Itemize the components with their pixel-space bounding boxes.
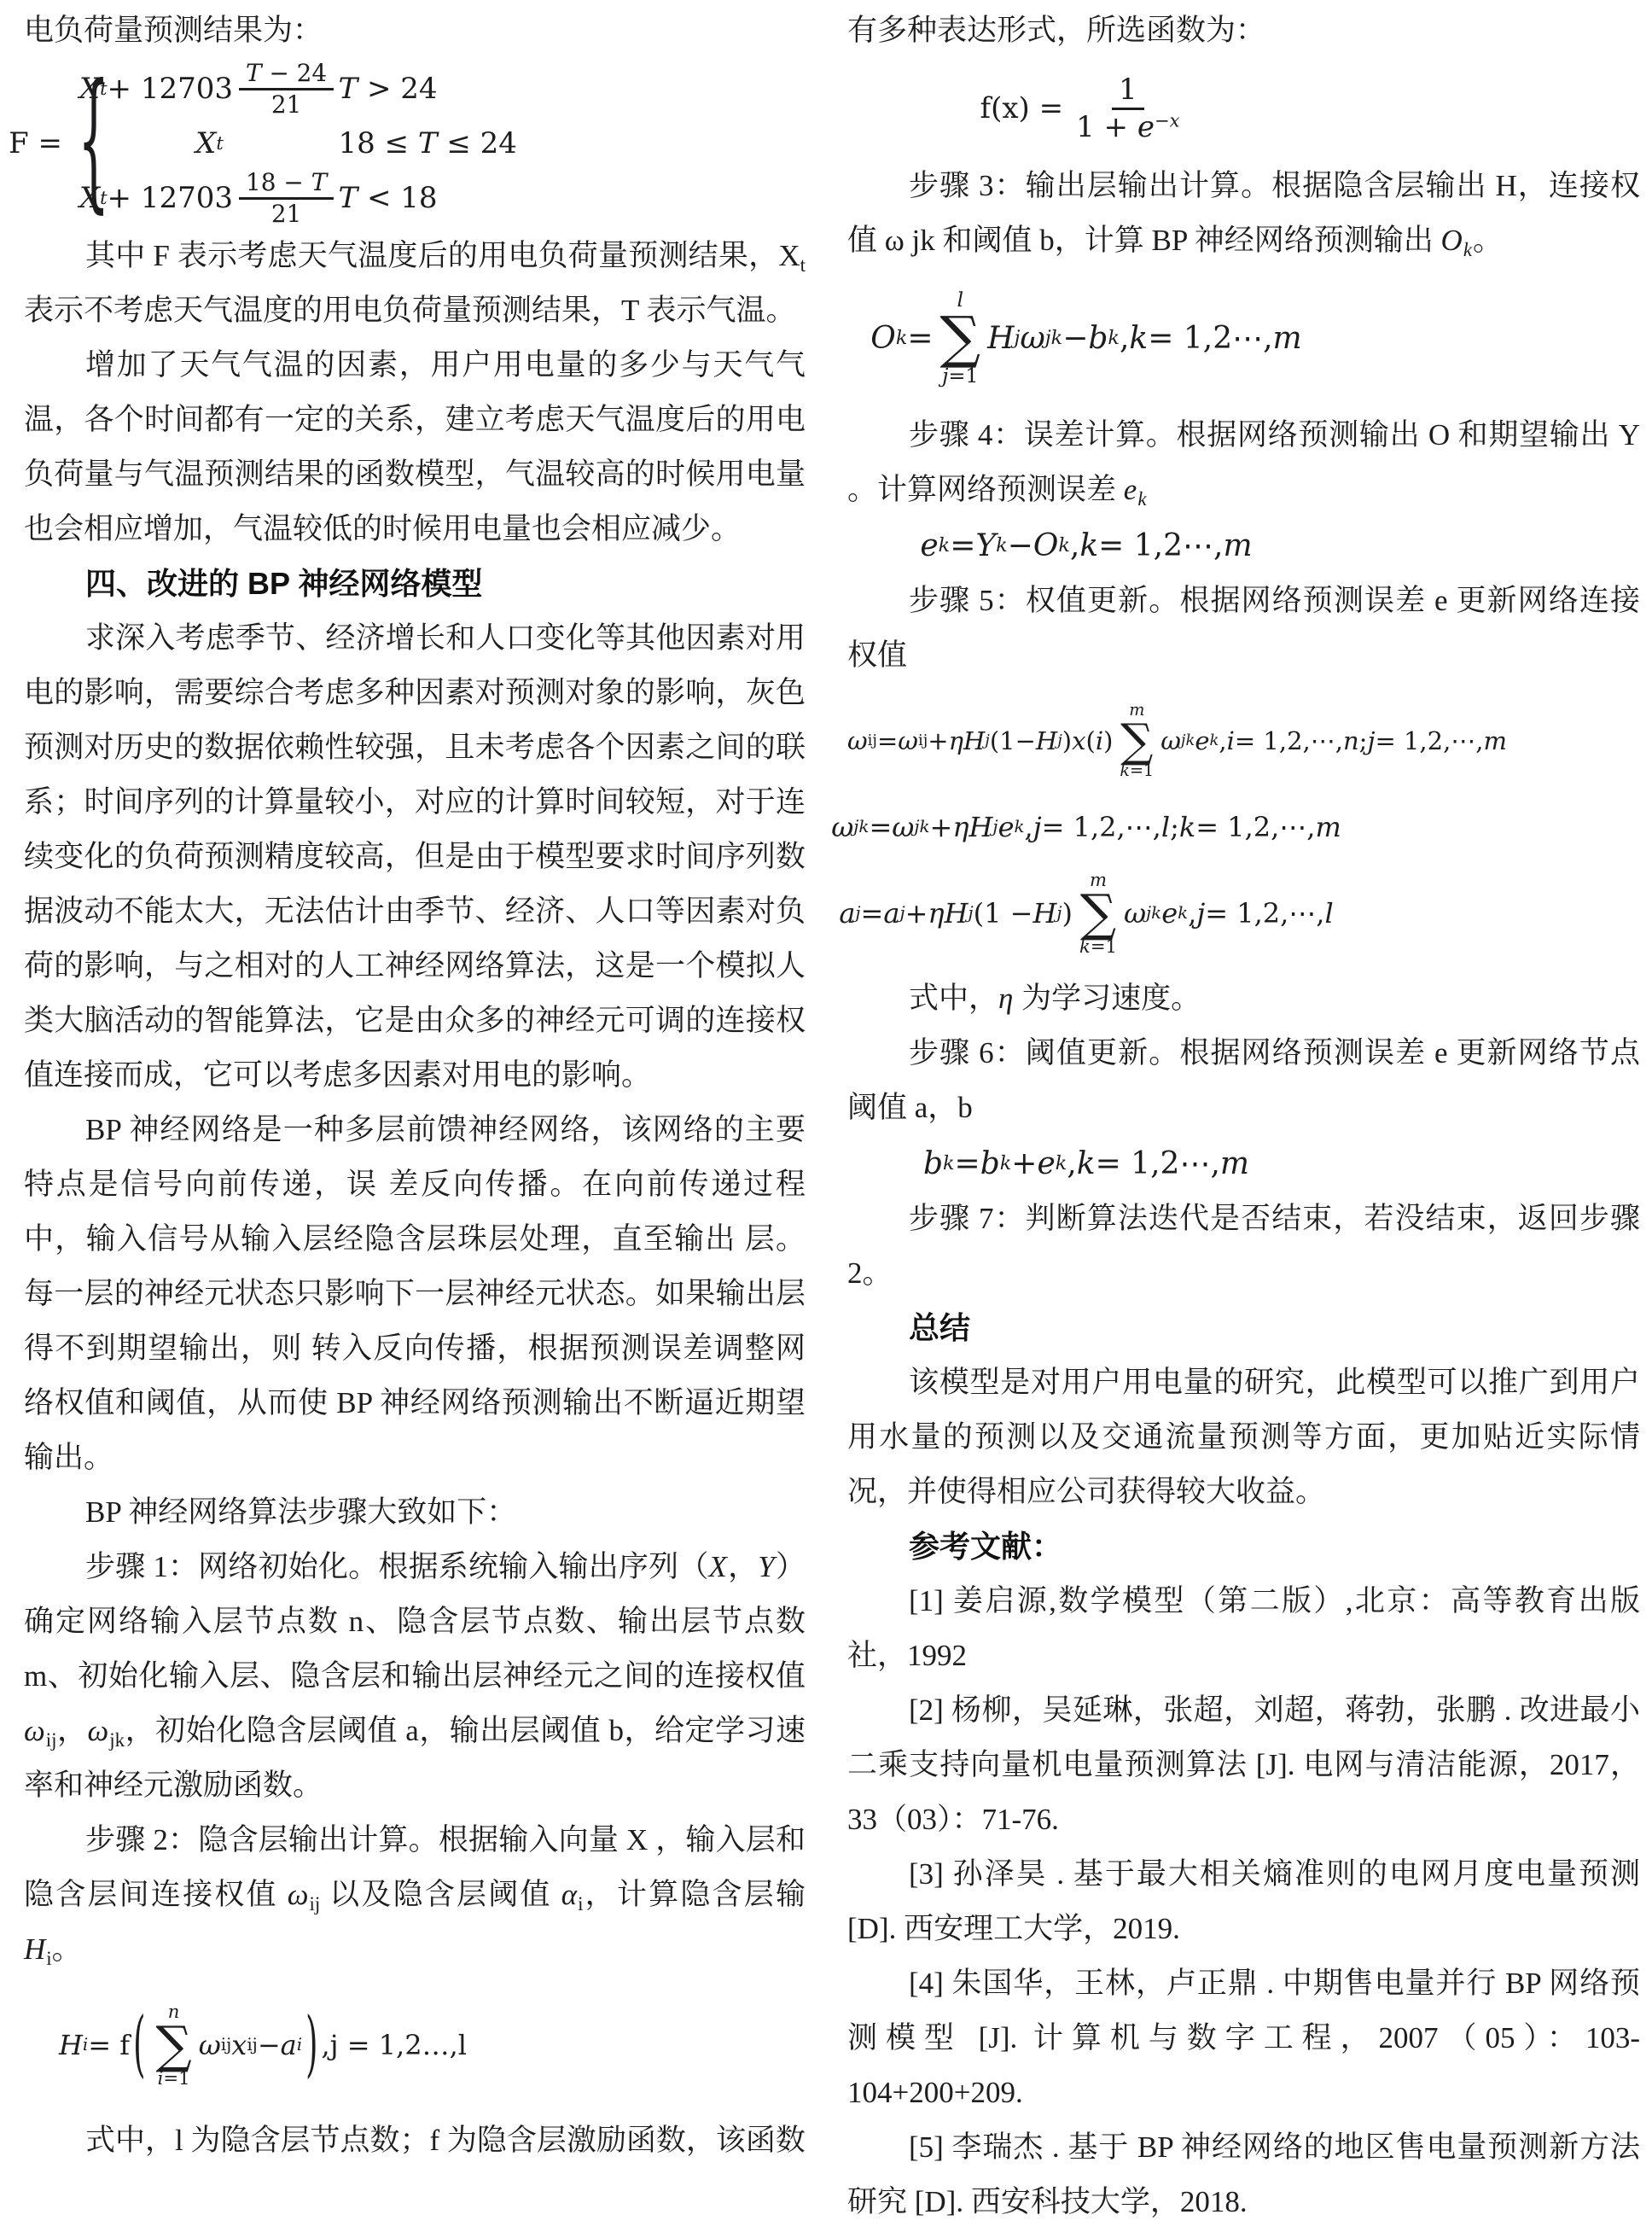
formula-sigmoid: f(x) = 11 + e−x xyxy=(847,58,1325,159)
paragraph-explain-f: 其中 F 表示考虑天气温度后的用电负荷量预测结果，Xt 表示不考虑天气温度的用电… xyxy=(24,229,806,338)
right-column: 有多种表达形式，所选函数为： f(x) = 11 + e−x 步骤 3：输出层输… xyxy=(847,3,1640,2229)
formula-weight-update-ij: ωij=ωij+ηHj(1−Hj)x(i)m∑k=1ωjkek, i = 1,2… xyxy=(847,683,1640,799)
formula-threshold-update-b: bk = bk + ek,k = 1,2⋯,m xyxy=(847,1135,1325,1192)
piecewise-row: Xt + 12703T − 2421 T > 24 xyxy=(120,61,517,116)
paragraph-step3: 步骤 3：输出层输出计算。根据隐含层输出 H，连接权值 ω jk 和阈值 b，计… xyxy=(847,159,1640,268)
document-page: 电负荷量预测结果为： F = { Xt + 12703T − 2421 T > … xyxy=(0,0,1652,2238)
curly-brace-icon: { xyxy=(78,68,109,219)
paragraph-continuation: 有多种表达形式，所选函数为： xyxy=(847,3,1640,58)
intro-line: 电负荷量预测结果为： xyxy=(24,3,806,58)
piecewise-condition: T < 18 xyxy=(339,181,492,215)
paragraph-step1: 步骤 1：网络初始化。根据系统输入输出序列（X，Y）确定网络输入层节点数 n、隐… xyxy=(24,1540,806,1813)
paragraph-steps-intro: BP 神经网络算法步骤大致如下： xyxy=(24,1485,806,1540)
paragraph-temperature-factor: 增加了天气气温的因素，用户用电量的多少与天气气温，各个时间都有一定的关系，建立考… xyxy=(24,338,806,557)
piecewise-expression: Xt xyxy=(120,126,300,160)
formula-hidden-layer-output: Hi = f(n∑i=1ωijxij − ai),j = 1,2…,l xyxy=(24,1977,502,2113)
reference-item: [5] 李瑞杰 . 基于 BP 神经网络的地区售电量预测新方法研究 [D]. 西… xyxy=(847,2120,1640,2229)
reference-item: [4] 朱国华，王林，卢正鼎 . 中期售电量并行 BP 网络预测模型 [J]. … xyxy=(847,1956,1640,2120)
piecewise-row: Xt + 1270318 − T21 T < 18 xyxy=(120,171,517,225)
paragraph-step6: 步骤 6：阈值更新。根据网络预测误差 e 更新网络节点阈值 a，b xyxy=(847,1026,1640,1135)
section-heading-summary: 总结 xyxy=(847,1301,1640,1355)
formula-lhs: F = xyxy=(9,126,62,160)
paragraph-summary: 该模型是对用户用电量的研究，此模型可以推广到用户用水量的预测以及交通流量预测等方… xyxy=(847,1355,1640,1519)
piecewise-condition: 18 ≤ T ≤ 24 xyxy=(339,126,517,160)
left-column: 电负荷量预测结果为： F = { Xt + 12703T − 2421 T > … xyxy=(24,3,806,2168)
formula-weight-update-jk: ωjk = ωjk + ηHjek, j = 1,2,⋯,l; k = 1,2,… xyxy=(847,799,1325,855)
paragraph-bp-introduction: BP 神经网络是一种多层前馈神经网络，该网络的主要特点是信号向前传递，误 差反向… xyxy=(24,1103,806,1485)
reference-item: [2] 杨柳，吴延琳，张超，刘超，蒋勃，张鹏 . 改进最小二乘支持向量机电量预测… xyxy=(847,1683,1640,1847)
formula-prediction-error: ek = Yk − Ok,k = 1,2⋯,m xyxy=(847,517,1325,574)
section-heading-improved-bp-model: 四、改进的 BP 神经网络模型 xyxy=(24,557,806,611)
reference-item: [1] 姜启源,数学模型（第二版）,北京：高等教育出版社，1992 xyxy=(847,1574,1640,1683)
reference-item: [3] 孙泽昊 . 基于最大相关熵准则的电网月度电量预测 [D]. 西安理工大学… xyxy=(847,1847,1640,1956)
section-heading-references: 参考文献： xyxy=(847,1519,1640,1574)
paragraph-step5: 步骤 5：权值更新。根据网络预测误差 e 更新网络连接权值 xyxy=(847,574,1640,683)
piecewise-rows: Xt + 12703T − 2421 T > 24 Xt 18 ≤ T ≤ 24… xyxy=(120,61,517,225)
paragraph-multi-factor: 求深入考虑季节、经济增长和人口变化等其他因素对用电的影响，需要综合考虑多种因素对… xyxy=(24,611,806,1103)
piecewise-expression: Xt + 1270318 − T21 xyxy=(120,168,300,228)
formula-output-layer: Ok = l∑j=1Hjωjk − bk,k = 1,2⋯,m xyxy=(847,268,1325,408)
piecewise-expression: Xt + 12703T − 2421 xyxy=(120,59,300,119)
piecewise-row: Xt 18 ≤ T ≤ 24 xyxy=(120,116,517,171)
paragraph-step7: 步骤 7：判断算法迭代是否结束，若没结束，返回步骤 2。 xyxy=(847,1192,1640,1301)
paragraph-step2: 步骤 2：隐含层输出计算。根据输入向量 X ，输入层和隐含层间连接权值 ωij … xyxy=(24,1813,806,1977)
paragraph-learning-rate-note: 式中，η 为学习速度。 xyxy=(847,971,1640,1026)
formula-threshold-update-a: aj = aj + ηHj(1 − Hj)m∑k=1ωjkek, j = 1,2… xyxy=(847,855,1325,971)
piecewise-condition: T > 24 xyxy=(339,72,492,106)
piecewise-load-formula: F = { Xt + 12703T − 2421 T > 24 Xt 18 ≤ … xyxy=(24,58,502,229)
paragraph-formula-note-l-f: 式中，l 为隐含层节点数；f 为隐含层激励函数，该函数 xyxy=(24,2113,806,2168)
paragraph-step4: 步骤 4：误差计算。根据网络预测输出 O 和期望输出 Y 。计算网络预测误差 e… xyxy=(847,408,1640,517)
